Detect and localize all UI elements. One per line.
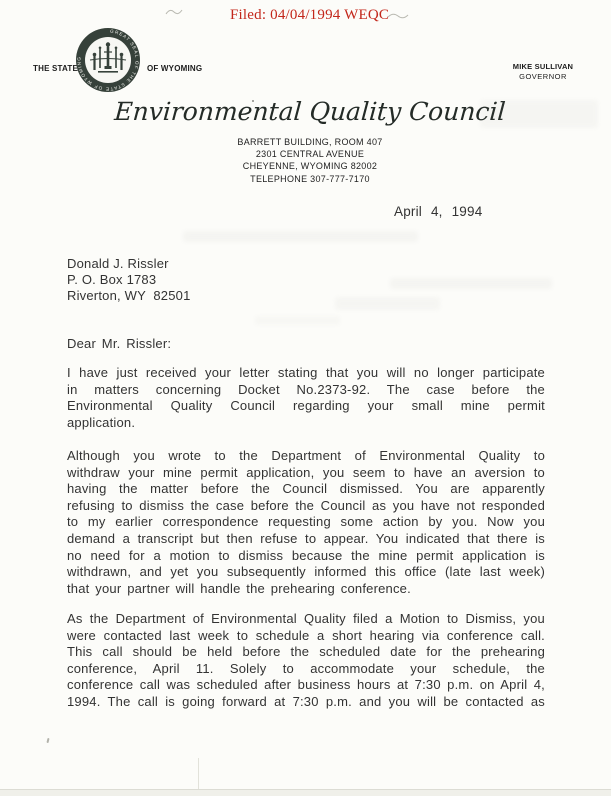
letter-line: I have just received your letter stating… bbox=[67, 365, 545, 382]
recipient-name: Donald J. Rissler bbox=[67, 256, 191, 272]
paragraph-2: Although you wrote to the Department of … bbox=[67, 448, 545, 597]
recipient-po-box: P. O. Box 1783 bbox=[67, 272, 191, 288]
paragraph-3: As the Department of Environmental Quali… bbox=[67, 611, 545, 711]
bleed-through-artifact bbox=[390, 278, 552, 289]
letter-line: Environmental Quality Council regarding … bbox=[67, 398, 545, 415]
bleed-through-artifact bbox=[183, 231, 418, 242]
recipient-city-state-zip: Riverton, WY 82501 bbox=[67, 288, 191, 304]
letter-line: in matters concerning Docket No.2373-92.… bbox=[67, 382, 545, 399]
scanned-letter-page: Filed: 04/04/1994 WEQC THE STATE GREAT S… bbox=[0, 0, 611, 796]
letter-line: demand a transcript but then refuse to a… bbox=[67, 531, 545, 548]
letter-line: no need for a motion to dismiss because … bbox=[67, 548, 545, 565]
org-address-line: BARRETT BUILDING, ROOM 407 bbox=[155, 136, 465, 148]
letter-line: that your partner will handle the prehea… bbox=[67, 581, 545, 598]
scratch-artifact bbox=[198, 758, 199, 792]
letter-line: conference, April 11. Solely to accommod… bbox=[67, 661, 545, 678]
letter-line: to my earlier correspondence requesting … bbox=[67, 514, 545, 531]
letter-line: conference call was scheduled after busi… bbox=[67, 677, 545, 694]
recipient-address-block: Donald J. Rissler P. O. Box 1783 Riverto… bbox=[67, 256, 191, 305]
pen-mark-artifact bbox=[46, 738, 49, 743]
letter-line: Although you wrote to the Department of … bbox=[67, 448, 545, 465]
scan-squiggle-artifact bbox=[165, 7, 183, 16]
letter-line: were contacted last week to schedule a s… bbox=[67, 628, 545, 645]
letter-line: withdraw your mine permit application, y… bbox=[67, 465, 545, 482]
letter-line: As the Department of Environmental Quali… bbox=[67, 611, 545, 628]
governor-name: MIKE SULLIVAN bbox=[506, 62, 580, 72]
salutation: Dear Mr. Rissler: bbox=[67, 336, 171, 351]
letter-line: refusing to dismiss the case before the … bbox=[67, 498, 545, 515]
scan-edge bbox=[0, 789, 611, 796]
letter-line: having the matter before the Council dis… bbox=[67, 481, 545, 498]
org-address-line: CHEYENNE, WYOMING 82002 bbox=[155, 160, 465, 172]
org-address-line: TELEPHONE 307-777-7170 bbox=[155, 173, 465, 185]
state-label-left: THE STATE bbox=[33, 64, 78, 73]
letter-line: withdrawn, and yet you subsequently info… bbox=[67, 564, 545, 581]
bleed-through-artifact bbox=[335, 297, 440, 310]
bleed-through-artifact bbox=[255, 316, 340, 325]
org-address-line: 2301 CENTRAL AVENUE bbox=[155, 148, 465, 160]
state-label-right: OF WYOMING bbox=[147, 64, 202, 73]
governor-title: GOVERNOR bbox=[506, 72, 580, 82]
filed-stamp: Filed: 04/04/1994 WEQC bbox=[230, 7, 389, 24]
governor-block: MIKE SULLIVAN GOVERNOR bbox=[506, 62, 580, 81]
letter-line: application. bbox=[67, 415, 545, 432]
wyoming-state-seal: GREAT SEAL OF THE STATE OF WYOMING bbox=[74, 26, 142, 94]
scan-squiggle-artifact bbox=[387, 11, 409, 20]
letter-line: This call should be held before the sche… bbox=[67, 644, 545, 661]
letter-date: April 4, 1994 bbox=[394, 204, 482, 219]
org-title: Environmental Quality Council bbox=[104, 97, 516, 126]
letter-line: 1994. The call is going forward at 7:30 … bbox=[67, 694, 545, 711]
paragraph-1: I have just received your letter stating… bbox=[67, 365, 545, 431]
org-address-block: BARRETT BUILDING, ROOM 407 2301 CENTRAL … bbox=[155, 136, 465, 185]
